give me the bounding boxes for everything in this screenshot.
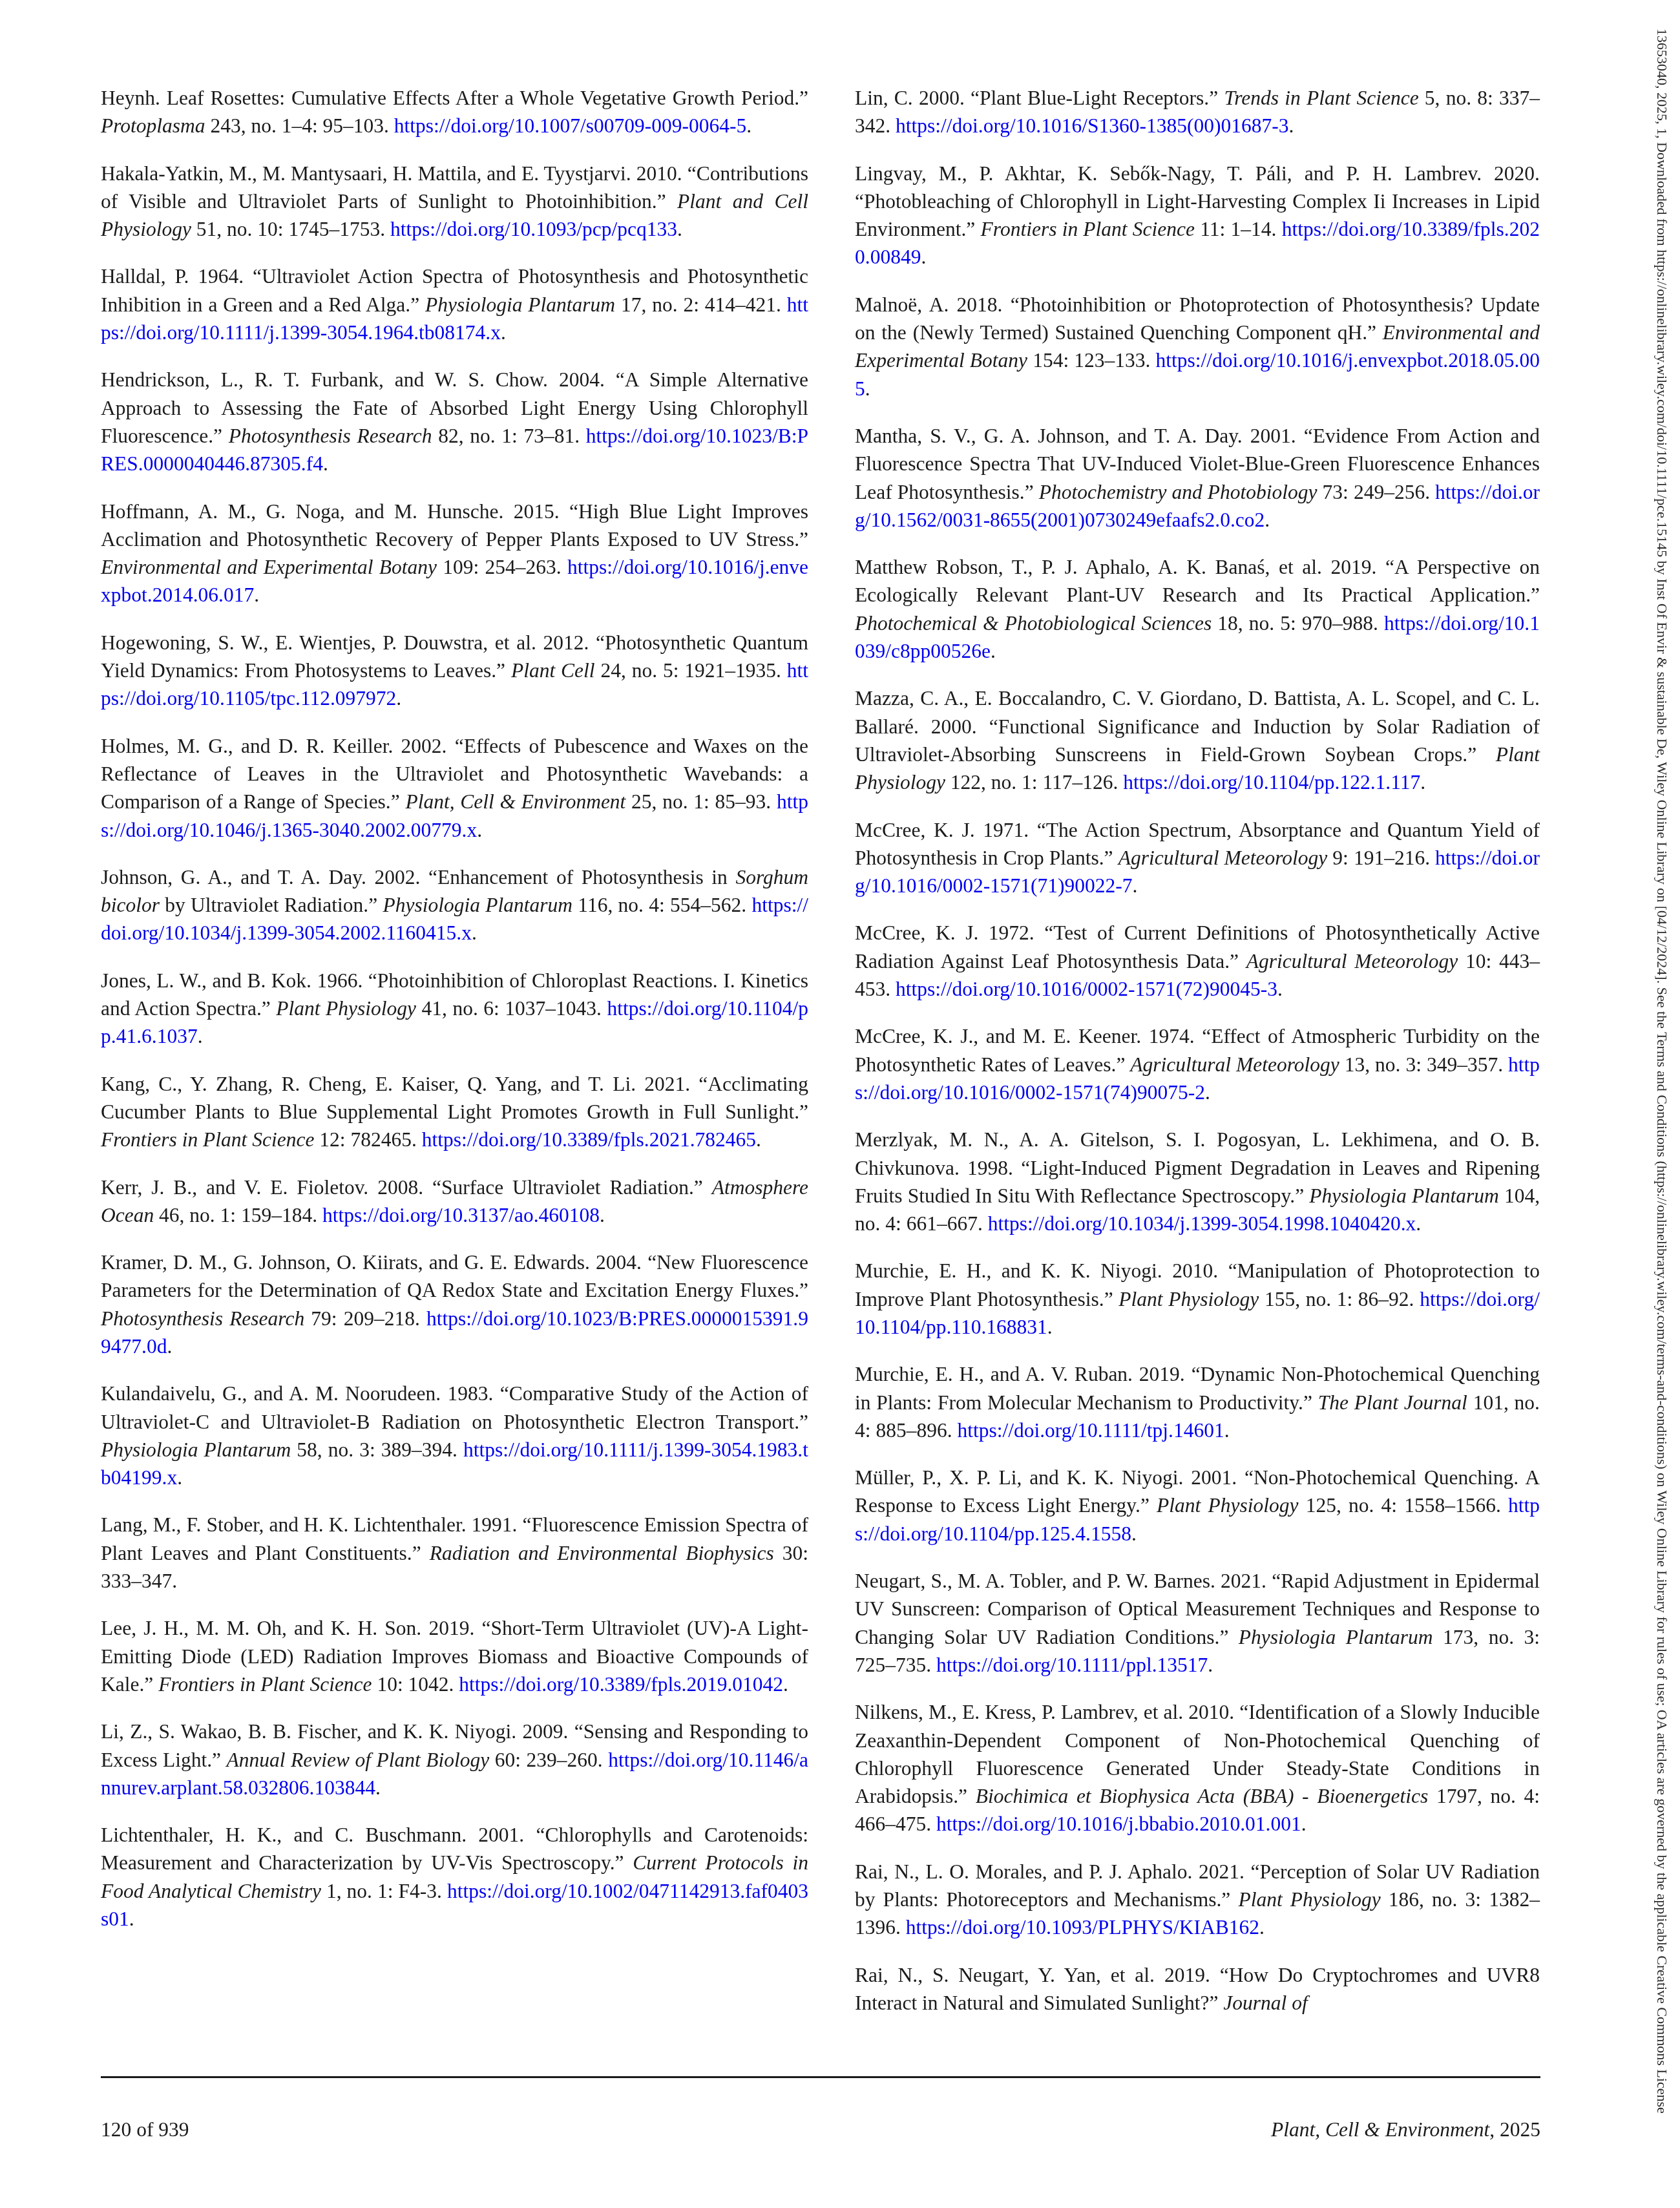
- journal-name: Physiologia Plantarum: [101, 1438, 291, 1461]
- reference-volume-pages: 11: 1–14.: [1195, 218, 1282, 240]
- period: .: [375, 1776, 381, 1799]
- reference-entry: Nilkens, M., E. Kress, P. Lambrev, et al…: [855, 1698, 1540, 1838]
- reference-entry: Malnoë, A. 2018. “Photoinhibition or Pho…: [855, 291, 1540, 403]
- period: .: [167, 1335, 172, 1358]
- reference-entry: Halldal, P. 1964. “Ultraviolet Action Sp…: [101, 262, 808, 346]
- reference-volume-pages: 154: 123–133.: [1027, 349, 1156, 372]
- reference-entry: Johnson, G. A., and T. A. Day. 2002. “En…: [101, 863, 808, 947]
- reference-text: Kerr, J. B., and V. E. Fioletov. 2008. “…: [101, 1176, 712, 1199]
- reference-entry: Murchie, E. H., and A. V. Ruban. 2019. “…: [855, 1360, 1540, 1444]
- journal-footer: Plant, Cell & Environment, 2025: [1271, 2117, 1540, 2143]
- reference-entry: Hoffmann, A. M., G. Noga, and M. Hunsche…: [101, 498, 808, 609]
- reference-entry: Kulandaivelu, G., and A. M. Noorudeen. 1…: [101, 1380, 808, 1491]
- period: .: [254, 584, 259, 606]
- journal-name: Frontiers in Plant Science: [158, 1673, 372, 1696]
- reference-entry: Kang, C., Y. Zhang, R. Cheng, E. Kaiser,…: [101, 1070, 808, 1154]
- reference-text: Mazza, C. A., E. Boccalandro, C. V. Gior…: [855, 687, 1540, 766]
- doi-link[interactable]: https://doi.org/10.1016/j.bbabio.2010.01…: [936, 1813, 1301, 1835]
- doi-link[interactable]: https://doi.org/10.1111/tpj.14601: [957, 1419, 1224, 1442]
- journal-name: Journal of: [1223, 1992, 1307, 2014]
- doi-link[interactable]: https://doi.org/10.1104/pp.122.1.117: [1123, 771, 1420, 794]
- reference-text: Johnson, G. A., and T. A. Day. 2002. “En…: [101, 866, 735, 888]
- journal-name: Plant Physiology: [1238, 1888, 1380, 1911]
- doi-link[interactable]: https://doi.org/10.1034/j.1399-3054.1998…: [988, 1212, 1416, 1235]
- journal-name: Photochemistry and Photobiology: [1039, 481, 1318, 503]
- journal-name: Photosynthesis Research: [101, 1307, 304, 1330]
- reference-volume-pages: 243, no. 1–4: 95–103.: [205, 114, 394, 137]
- doi-link[interactable]: https://doi.org/10.3137/ao.460108: [322, 1204, 600, 1226]
- footer-divider: [101, 2076, 1540, 2078]
- period: .: [1133, 874, 1138, 897]
- doi-link[interactable]: https://doi.org/10.1007/s00709-009-0064-…: [394, 114, 746, 137]
- reference-entry: Hakala-Yatkin, M., M. Mantysaari, H. Mat…: [101, 160, 808, 244]
- journal-name: Annual Review of Plant Biology: [227, 1749, 490, 1771]
- reference-entry: Matthew Robson, T., P. J. Aphalo, A. K. …: [855, 553, 1540, 665]
- doi-link[interactable]: https://doi.org/10.1093/pcp/pcq133: [390, 218, 677, 240]
- references-left-column: Heynh. Leaf Rosettes: Cumulative Effects…: [101, 84, 808, 1952]
- reference-volume-pages: 79: 209–218.: [304, 1307, 426, 1330]
- period: .: [1265, 509, 1270, 531]
- period: .: [1205, 1081, 1210, 1104]
- journal-name: Plant, Cell & Environment: [405, 790, 625, 813]
- period: .: [600, 1204, 605, 1226]
- reference-volume-pages: 24, no. 5: 1921–1935.: [595, 659, 787, 682]
- reference-volume-pages: 9: 191–216.: [1327, 846, 1435, 869]
- reference-entry: Kramer, D. M., G. Johnson, O. Kiirats, a…: [101, 1248, 808, 1360]
- period: .: [472, 921, 477, 944]
- period: .: [1131, 1522, 1137, 1545]
- period: .: [1416, 1212, 1421, 1235]
- reference-text: Kulandaivelu, G., and A. M. Noorudeen. 1…: [101, 1382, 808, 1433]
- journal-name: Radiation and Environmental Biophysics: [430, 1542, 774, 1564]
- reference-entry: Kerr, J. B., and V. E. Fioletov. 2008. “…: [101, 1173, 808, 1230]
- reference-entry: Hogewoning, S. W., E. Wientjes, P. Douws…: [101, 629, 808, 713]
- journal-name: Environmental and Experimental Botany: [101, 556, 437, 578]
- period: .: [1224, 1419, 1230, 1442]
- reference-volume-pages: 51, no. 10: 1745–1753.: [191, 218, 390, 240]
- reference-entry: Murchie, E. H., and K. K. Niyogi. 2010. …: [855, 1257, 1540, 1341]
- reference-entry: Müller, P., X. P. Li, and K. K. Niyogi. …: [855, 1464, 1540, 1548]
- reference-entry: Mazza, C. A., E. Boccalandro, C. V. Gior…: [855, 684, 1540, 796]
- journal-name: Photochemical & Photobiological Sciences: [855, 612, 1212, 635]
- reference-entry: Rai, N., S. Neugart, Y. Yan, et al. 2019…: [855, 1961, 1540, 2017]
- reference-text: Rai, N., S. Neugart, Y. Yan, et al. 2019…: [855, 1964, 1540, 2014]
- period: .: [991, 640, 996, 662]
- reference-entry: McCree, K. J. 1972. “Test of Current Def…: [855, 919, 1540, 1003]
- journal-name: Protoplasma: [101, 114, 205, 137]
- reference-entry: Lin, C. 2000. “Plant Blue-Light Receptor…: [855, 84, 1540, 140]
- reference-entry: Li, Z., S. Wakao, B. B. Fischer, and K. …: [101, 1718, 808, 1802]
- journal-name: Plant Physiology: [1118, 1288, 1259, 1310]
- period: .: [677, 218, 682, 240]
- reference-volume-pages: 116, no. 4: 554–562.: [572, 894, 751, 916]
- journal-name: Plant Cell: [511, 659, 595, 682]
- doi-link[interactable]: https://doi.org/10.1111/ppl.13517: [936, 1654, 1208, 1676]
- reference-volume-pages: 82, no. 1: 73–81.: [432, 425, 585, 447]
- reference-entry: McCree, K. J., and M. E. Keener. 1974. “…: [855, 1022, 1540, 1106]
- journal-name: Physiologia Plantarum: [383, 894, 572, 916]
- reference-volume-pages: 73: 249–256.: [1318, 481, 1436, 503]
- reference-text: Lin, C. 2000. “Plant Blue-Light Receptor…: [855, 87, 1224, 109]
- period: .: [865, 377, 870, 400]
- reference-entry: Holmes, M. G., and D. R. Keiller. 2002. …: [101, 732, 808, 844]
- journal-name: Physiologia Plantarum: [1239, 1626, 1433, 1648]
- period: .: [1420, 771, 1425, 794]
- period: .: [1047, 1316, 1053, 1338]
- period: .: [129, 1908, 134, 1930]
- reference-entry: Lee, J. H., M. M. Oh, and K. H. Son. 201…: [101, 1614, 808, 1698]
- reference-text: Hoffmann, A. M., G. Noga, and M. Hunsche…: [101, 500, 808, 551]
- journal-name: Biochimica et Biophysica Acta (BBA) - Bi…: [976, 1785, 1428, 1807]
- footer-year: , 2025: [1489, 2118, 1540, 2141]
- journal-name: Photosynthesis Research: [229, 425, 432, 447]
- journal-name: Frontiers in Plant Science: [981, 218, 1195, 240]
- period: .: [477, 819, 482, 841]
- journal-name: Physiologia Plantarum: [1309, 1184, 1498, 1207]
- journal-name: Frontiers in Plant Science: [101, 1128, 314, 1151]
- reference-entry: Heynh. Leaf Rosettes: Cumulative Effects…: [101, 84, 808, 140]
- doi-link[interactable]: https://doi.org/10.3389/fpls.2019.01042: [459, 1673, 783, 1696]
- reference-volume-pages: 13, no. 3: 349–357.: [1339, 1053, 1508, 1076]
- doi-link[interactable]: https://doi.org/10.1093/PLPHYS/KIAB162: [906, 1916, 1259, 1939]
- reference-entry: Rai, N., L. O. Morales, and P. J. Aphalo…: [855, 1858, 1540, 1942]
- reference-volume-pages: 12: 782465.: [314, 1128, 421, 1151]
- reference-volume-pages: 125, no. 4: 1558–1566.: [1298, 1494, 1508, 1517]
- page-number: 120 of 939: [101, 2117, 189, 2143]
- reference-entry: McCree, K. J. 1971. “The Action Spectrum…: [855, 816, 1540, 900]
- reference-entry: Lichtenthaler, H. K., and C. Buschmann. …: [101, 1821, 808, 1933]
- reference-volume-pages: 155, no. 1: 86–92.: [1259, 1288, 1420, 1310]
- journal-name: Agricultural Meteorology: [1118, 846, 1328, 869]
- footer-journal-name: Plant, Cell & Environment: [1271, 2118, 1489, 2141]
- period: .: [783, 1673, 788, 1696]
- period: .: [1277, 978, 1283, 1000]
- reference-volume-pages: 10: 1042.: [372, 1673, 459, 1696]
- reference-text: Kramer, D. M., G. Johnson, O. Kiirats, a…: [101, 1251, 808, 1301]
- journal-name: The Plant Journal: [1318, 1391, 1467, 1414]
- references-right-column: Lin, C. 2000. “Plant Blue-Light Receptor…: [855, 84, 1540, 2036]
- reference-entry: Lingvay, M., P. Akhtar, K. Sebők-Nagy, T…: [855, 160, 1540, 271]
- reference-volume-pages: 60: 239–260.: [489, 1749, 608, 1771]
- period: .: [177, 1466, 182, 1489]
- reference-volume-pages: 1, no. 1: F4-3.: [321, 1880, 447, 1902]
- reference-text: by Ultraviolet Radiation.”: [160, 894, 383, 916]
- journal-name: Agricultural Meteorology: [1246, 950, 1458, 973]
- journal-name: Agricultural Meteorology: [1130, 1053, 1339, 1076]
- reference-volume-pages: 25, no. 1: 85–93.: [625, 790, 777, 813]
- period: .: [921, 246, 926, 268]
- reference-volume-pages: 109: 254–263.: [437, 556, 567, 578]
- reference-entry: Mantha, S. V., G. A. Johnson, and T. A. …: [855, 422, 1540, 534]
- reference-entry: Neugart, S., M. A. Tobler, and P. W. Bar…: [855, 1567, 1540, 1679]
- reference-text: Matthew Robson, T., P. J. Aphalo, A. K. …: [855, 556, 1540, 606]
- period: .: [198, 1025, 203, 1047]
- reference-entry: Jones, L. W., and B. Kok. 1966. “Photoin…: [101, 967, 808, 1051]
- reference-entry: Merzlyak, M. N., A. A. Gitelson, S. I. P…: [855, 1126, 1540, 1237]
- reference-volume-pages: 46, no. 1: 159–184.: [154, 1204, 322, 1226]
- period: .: [396, 687, 401, 710]
- reference-volume-pages: 18, no. 5: 970–988.: [1212, 612, 1384, 635]
- doi-link[interactable]: https://doi.org/10.3389/fpls.2021.782465: [422, 1128, 756, 1151]
- doi-link[interactable]: https://doi.org/10.1016/0002-1571(72)900…: [896, 978, 1277, 1000]
- reference-volume-pages: 58, no. 3: 389–394.: [291, 1438, 463, 1461]
- period: .: [501, 321, 506, 344]
- reference-entry: Hendrickson, L., R. T. Furbank, and W. S…: [101, 366, 808, 478]
- journal-name: Physiologia Plantarum: [425, 293, 615, 316]
- reference-volume-pages: 41, no. 6: 1037–1043.: [416, 997, 607, 1020]
- reference-volume-pages: 17, no. 2: 414–421.: [615, 293, 787, 316]
- period: .: [1259, 1916, 1265, 1939]
- reference-entry: Lang, M., F. Stober, and H. K. Lichtenth…: [101, 1511, 808, 1595]
- download-notice-sidebar: 13653040, 2025, 1, Downloaded from https…: [1654, 28, 1670, 2114]
- journal-name: Plant Physiology: [276, 997, 416, 1020]
- period: .: [1208, 1654, 1213, 1676]
- period: .: [746, 114, 751, 137]
- period: .: [1288, 114, 1294, 137]
- reference-volume-pages: 122, no. 1: 117–126.: [945, 771, 1123, 794]
- reference-text: Heynh. Leaf Rosettes: Cumulative Effects…: [101, 87, 808, 109]
- period: .: [1301, 1813, 1307, 1835]
- doi-link[interactable]: https://doi.org/10.1016/S1360-1385(00)01…: [896, 114, 1288, 137]
- period: .: [756, 1128, 761, 1151]
- journal-name: Plant Physiology: [1157, 1494, 1298, 1517]
- journal-name: Trends in Plant Science: [1224, 87, 1418, 109]
- period: .: [323, 452, 328, 475]
- reference-text: Kang, C., Y. Zhang, R. Cheng, E. Kaiser,…: [101, 1073, 808, 1123]
